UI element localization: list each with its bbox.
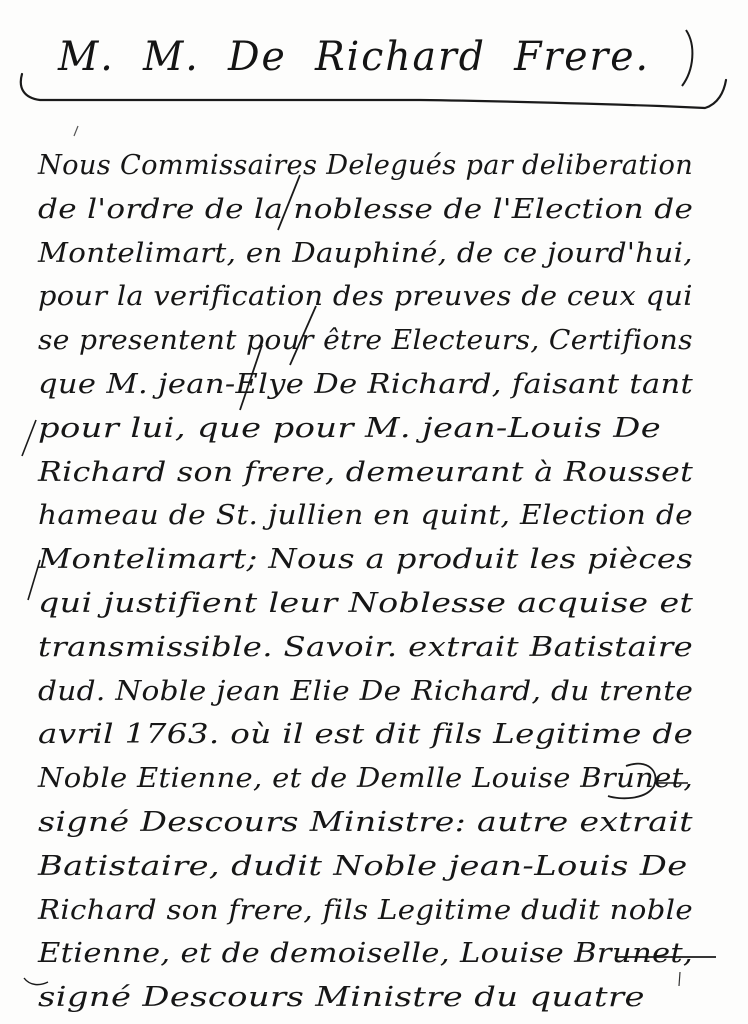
text-line: signé Descours Ministre: autre extrait xyxy=(38,801,718,845)
text-line: pour lui, que pour M. jean-Louis De xyxy=(38,407,718,451)
text-line: signé Descours Ministre du quatre xyxy=(38,976,718,1020)
text-line: Richard son frere, fils Legitime dudit n… xyxy=(38,889,718,933)
text-line: Nous Commissaires Delegués par deliberat… xyxy=(38,144,718,188)
manuscript-body: Nous Commissaires Delegués par deliberat… xyxy=(38,144,718,1020)
margin-tick xyxy=(74,126,78,136)
text-line: dud. Noble jean Elie De Richard, du tren… xyxy=(38,670,718,714)
document-title: M. M. De Richard Frere. xyxy=(58,32,668,82)
text-line: Noble Etienne, et de Demlle Louise Brune… xyxy=(38,757,718,801)
text-line: transmissible. Savoir. extrait Batistair… xyxy=(38,626,718,670)
text-line: de l'ordre de la noblesse de l'Election … xyxy=(38,188,718,232)
descender-stroke xyxy=(22,420,36,456)
text-line: Montelimart, en Dauphiné, de ce jourd'hu… xyxy=(38,232,718,276)
manuscript-page: M. M. De Richard Frere. Nous Commissaire… xyxy=(0,0,748,1024)
text-line: qui justifient leur Noblesse acquise et xyxy=(38,582,718,626)
text-line: Batistaire, dudit Noble jean-Louis De xyxy=(38,845,718,889)
text-line: que M. jean-Elye De Richard, faisant tan… xyxy=(38,363,718,407)
text-line: pour la verification des preuves de ceux… xyxy=(38,275,718,319)
text-line: se presentent pour être Electeurs, Certi… xyxy=(38,319,718,363)
text-line: avril 1763. où il est dit fils Legitime … xyxy=(38,713,718,757)
text-line: Montelimart; Nous a produit les pièces xyxy=(38,538,718,582)
text-line: Richard son frere, demeurant à Rousset xyxy=(38,451,718,495)
text-line: Etienne, et de demoiselle, Louise Brunet… xyxy=(38,932,718,976)
title-bracket xyxy=(682,30,692,86)
text-line: hameau de St. jullien en quint, Election… xyxy=(38,494,718,538)
